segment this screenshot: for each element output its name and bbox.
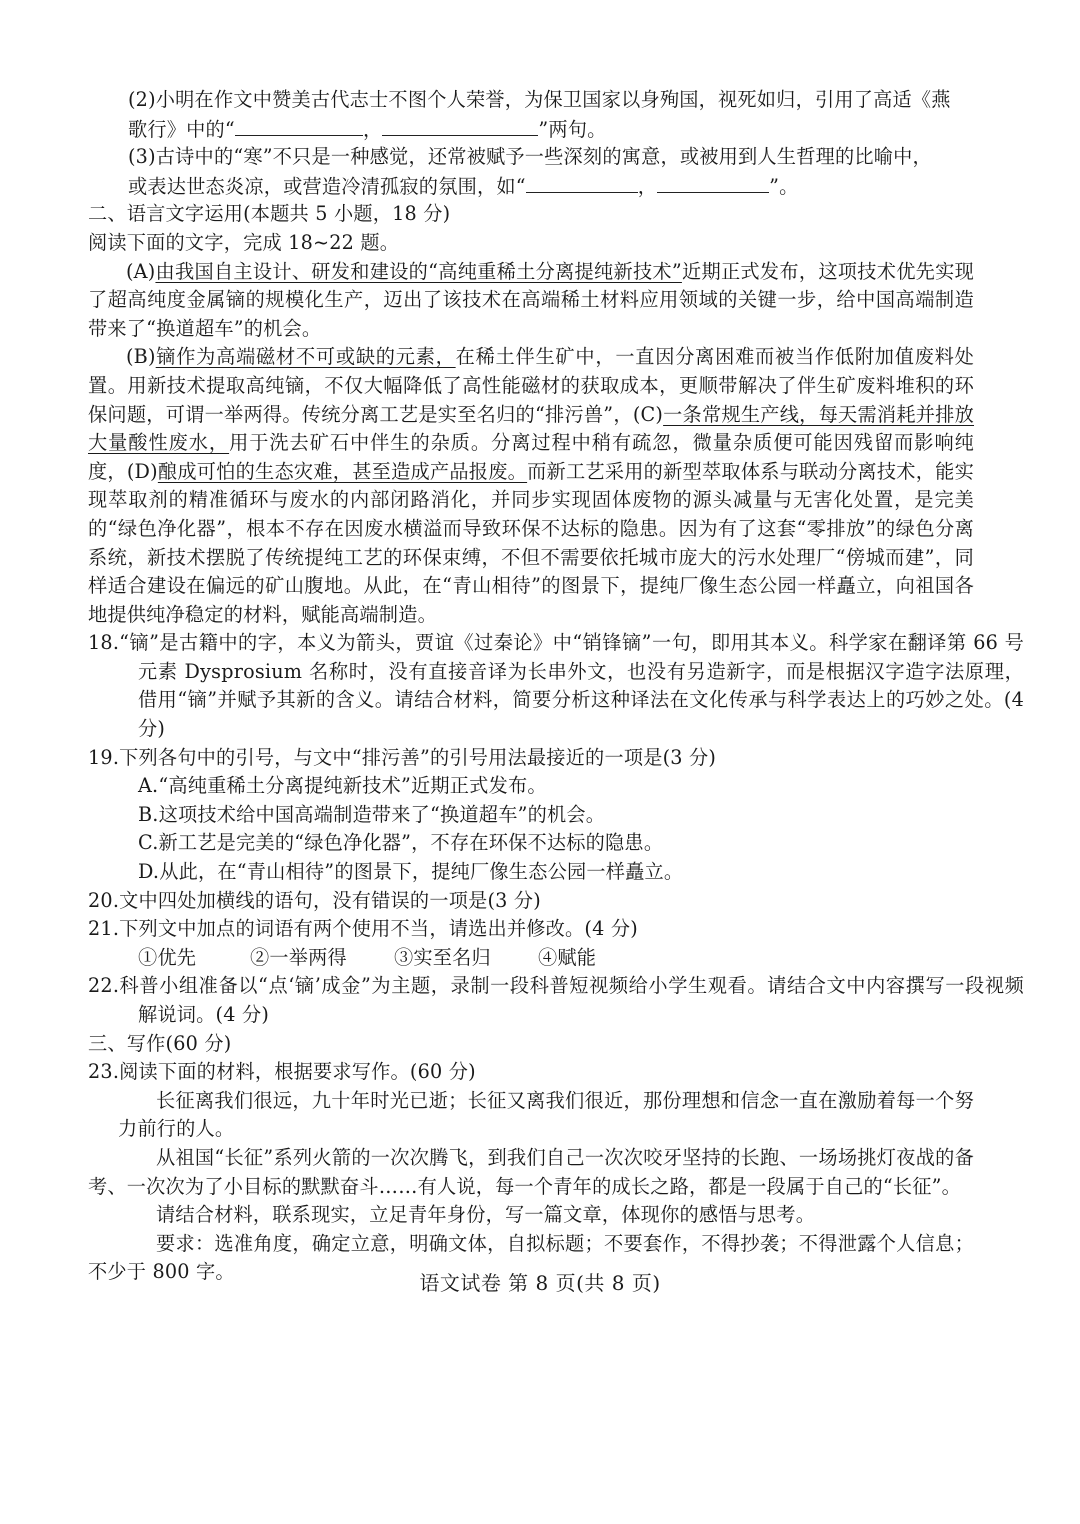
choice-3: ③实至名归: [394, 944, 538, 973]
option-d: D.从此，在“青山相待”的图景下，提纯厂像生态公园一样矗立。: [88, 858, 974, 887]
underlined-sentence-a: 由我国自主设计、研发和建设的“高纯重稀土分离提纯新技术”: [155, 260, 681, 283]
question-3-fill: (3)古诗中的“寒”不只是一种感觉，还常被赋予一些深刻的寓意，或被用到人生哲理的…: [118, 143, 974, 200]
answer-blank[interactable]: [382, 115, 538, 136]
question-22: 22.科普小组准备以“点‘镝’成金”为主题，录制一段科普短视频给小学生观看。请结…: [88, 972, 1024, 1029]
option-a: A.“高纯重稀土分离提纯新技术”近期正式发布。: [88, 772, 974, 801]
passage-paragraph-b: (B)镝作为高端磁材不可或缺的元素，在稀土伴生矿中，一直因分离困难而被当作低附加…: [88, 343, 974, 629]
q2-line2: 歌行》中的“，”两句。: [128, 115, 974, 144]
q3-line1: (3)古诗中的“寒”不只是一种感觉，还常被赋予一些深刻的寓意，或被用到人生哲理的…: [128, 143, 974, 172]
question-18: 18.“镝”是古籍中的字，本义为箭头，贾谊《过秦论》中“销锋镝”一句，即用其本义…: [88, 629, 1024, 743]
question-21-choices: ①优先②一举两得③实至名归④赋能: [88, 944, 974, 973]
option-b: B.这项技术给中国高端制造带来了“换道超车”的机会。: [88, 801, 974, 830]
section-2-heading: 二、语言文字运用(本题共 5 小题，18 分): [88, 200, 974, 229]
choice-2: ②一举两得: [250, 944, 394, 973]
exam-page: (2)小明在作文中赞美古代志士不图个人荣誉，为保卫国家以身殉国，视死如归，引用了…: [118, 86, 974, 1287]
answer-blank[interactable]: [657, 172, 769, 193]
answer-blank[interactable]: [235, 115, 363, 136]
choice-4: ④赋能: [538, 944, 650, 973]
writing-material-1: 长征离我们很远，九十年时光已逝；长征又离我们很近，那份理想和信念一直在激励着每一…: [118, 1087, 974, 1144]
q2-line1: (2)小明在作文中赞美古代志士不图个人荣誉，为保卫国家以身殉国，视死如归，引用了…: [128, 86, 974, 115]
question-2-fill: (2)小明在作文中赞美古代志士不图个人荣誉，为保卫国家以身殉国，视死如归，引用了…: [118, 86, 974, 143]
question-21: 21.下列文中加点的词语有两个使用不当，请选出并修改。(4 分) ①优先②一举两…: [88, 915, 974, 972]
question-23: 23.阅读下面的材料，根据要求写作。(60 分): [88, 1058, 974, 1087]
writing-material-2: 从祖国“长征”系列火箭的一次次腾飞，到我们自己一次次咬牙坚持的长跑、一场场挑灯夜…: [88, 1144, 974, 1201]
choice-1: ①优先: [138, 944, 250, 973]
question-19: 19.下列各句中的引号，与文中“排污善”的引号用法最接近的一项是(3 分) A.…: [88, 744, 974, 887]
underlined-sentence-b: 镝作为高端磁材不可或缺的元素，: [156, 345, 456, 368]
question-20: 20.文中四处加横线的语句，没有错误的一项是(3 分): [88, 887, 974, 916]
underlined-sentence-d: 酿成可怕的生态灾难，甚至造成产品报废。: [158, 460, 527, 483]
section-2-instruction: 阅读下面的文字，完成 18~22 题。: [88, 229, 974, 258]
q3-line2: 或表达世态炎凉，或营造冷清孤寂的氛围，如“，”。: [128, 172, 974, 201]
passage-paragraph-a: (A)由我国自主设计、研发和建设的“高纯重稀土分离提纯新技术”近期正式发布，这项…: [88, 258, 974, 344]
page-footer: 语文试卷 第 8 页(共 8 页): [0, 1267, 1080, 1296]
option-c: C.新工艺是完美的“绿色净化器”，不存在环保不达标的隐患。: [88, 829, 974, 858]
answer-blank[interactable]: [526, 172, 638, 193]
section-3-heading: 三、写作(60 分): [88, 1030, 974, 1059]
writing-prompt: 请结合材料，联系现实，立足青年身份，写一篇文章，体现你的感悟与思考。: [118, 1201, 974, 1230]
